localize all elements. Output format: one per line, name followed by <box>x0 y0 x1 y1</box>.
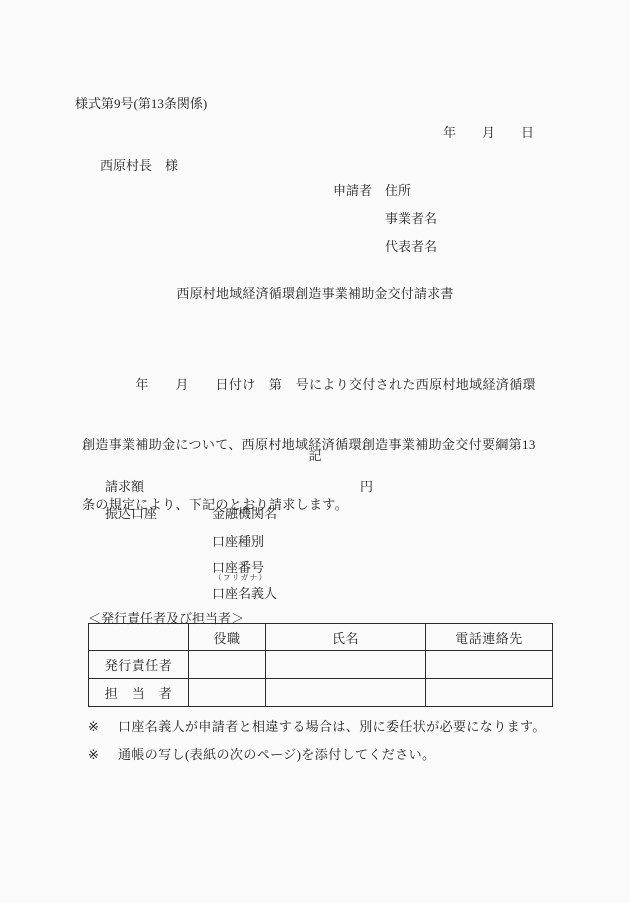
applicant-row: 申請者住所 <box>333 180 411 199</box>
applicant-address-label: 住所 <box>385 183 411 198</box>
name-cell <box>266 679 426 707</box>
note-text: 通帳の写し(表紙の次のページ)を添付してください。 <box>118 747 435 762</box>
document-page: 様式第9号(第13条関係) 年 月 日 西原村長 様 申請者住所 事業者名 代表… <box>0 0 630 903</box>
account-type-label: 口座種別 <box>212 531 264 550</box>
ki-marker: 記 <box>0 445 630 464</box>
account-holder-label: 口座名義人 <box>212 583 277 602</box>
note-account-holder: ※口座名義人が申請者と相違する場合は、別に委任状が必要になります。 <box>88 716 546 735</box>
transfer-account-label: 振込口座 <box>105 503 157 522</box>
applicant-label: 申請者 <box>333 183 372 198</box>
addressee: 西原村長 様 <box>100 155 178 174</box>
phone-cell <box>426 679 553 707</box>
financial-institution-label: 金融機関名 <box>212 503 277 522</box>
table-header-name: 氏名 <box>266 624 426 651</box>
table-header-row: 役職 氏名 電話連絡先 <box>89 624 553 651</box>
body-line: 年 月 日付け 第 号により交付された西原村地域経済循環 <box>82 371 552 399</box>
note-marker: ※ <box>88 719 118 735</box>
table-header-phone: 電話連絡先 <box>426 624 553 651</box>
row-label: 発行責任者 <box>89 651 189 679</box>
row-label: 担 当 者 <box>89 679 189 707</box>
note-text: 口座名義人が申請者と相違する場合は、別に委任状が必要になります。 <box>118 719 546 734</box>
table-row-issuing-manager: 発行責任者 <box>89 651 553 679</box>
claim-amount-label: 請求額 <box>105 476 144 495</box>
table-header-position: 役職 <box>189 624 266 651</box>
position-cell <box>189 651 266 679</box>
position-cell <box>189 679 266 707</box>
table-row-staff: 担 当 者 <box>89 679 553 707</box>
note-passbook-copy: ※通帳の写し(表紙の次のページ)を添付してください。 <box>88 744 435 763</box>
issue-date-line: 年 月 日 <box>443 122 534 141</box>
responsible-persons-table: 役職 氏名 電話連絡先 発行責任者 担 当 者 <box>88 623 553 707</box>
phone-cell <box>426 651 553 679</box>
furigana-label: （フリガナ） <box>214 572 268 583</box>
table-header-empty <box>89 624 189 651</box>
note-marker: ※ <box>88 747 118 763</box>
applicant-business-name-label: 事業者名 <box>385 208 437 227</box>
document-title: 西原村地域経済循環創造事業補助金交付請求書 <box>0 283 630 302</box>
applicant-representative-label: 代表者名 <box>385 236 437 255</box>
form-number: 様式第9号(第13条関係) <box>75 93 207 112</box>
name-cell <box>266 651 426 679</box>
yen-unit-label: 円 <box>360 476 373 495</box>
